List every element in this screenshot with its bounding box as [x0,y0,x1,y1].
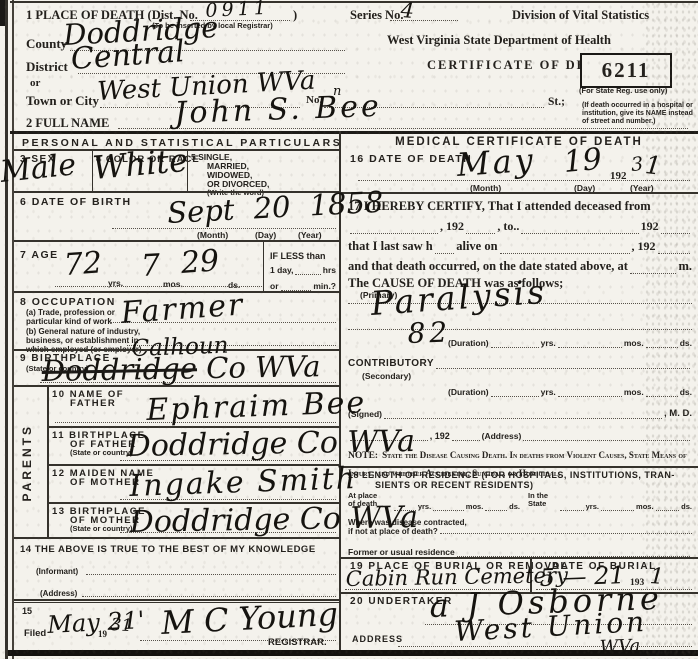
in-the-label-2: State [528,499,546,508]
residence-rule [341,557,698,559]
certify-line1: 17 I HEREBY CERTIFY, That I attended dec… [348,199,651,214]
occ-a-line2: particular kind of work [26,317,112,326]
undertaker-address-label: ADDRESS [352,634,403,644]
certify-year3-label: , 192 [632,239,656,254]
cause-duration-label: (Duration) [448,338,489,348]
filed-number: 15 [22,606,32,616]
cause-code-value: 82 [407,318,452,348]
atplace-mos: mos. [466,502,484,511]
contributory-label: CONTRIBUTORY [348,358,434,369]
certify-year1-blank [466,223,495,234]
dob-leader [112,228,336,229]
scan-edge-line [5,0,8,659]
contrib-ds-label: ds. [680,387,692,397]
alive-on-blank [500,243,630,254]
cert-number-box: 6211 [580,53,672,88]
signed-row: (Signed) , M. D. [348,408,692,419]
certify-year1-label: , 192 [440,219,464,234]
certify-line2: , 192 , to.. 192 [348,219,692,234]
certify-line4: and that death occurred, on the date sta… [348,259,692,274]
contributory-row: CONTRIBUTORY [348,358,692,369]
mother-name-value: Ingake Smith [129,464,358,502]
signed-address-blank [523,430,690,441]
dod-month-value: May [456,144,537,181]
registrar-signature: M C Young [160,598,338,639]
county-label: County [26,36,67,52]
atplace-blank2 [433,500,464,511]
cause-duration-blank2 [558,337,622,348]
secondary-label: (Secondary) [362,371,411,381]
instate-yrs: yrs. [586,502,599,511]
age-days-value: 29 [180,246,220,279]
certify-to-label: , to.. [497,219,519,234]
age-ifless-divider [263,241,264,291]
department-title: West Virginia State Department of Health [387,33,611,48]
age-mos-label: mos. [163,279,183,289]
color-race-value: White [91,144,189,184]
father-name-label2: FATHER [70,398,116,409]
age-leader [55,286,262,287]
dob-month-label: (Month) [197,230,228,240]
division-title: Division of Vital Statistics [512,8,649,23]
scan-edge-line-2 [12,0,14,659]
undertaker-address-value2: WVa [599,638,640,657]
st-label: St.; [548,96,565,108]
birthplace-struck-value: Doddridge [41,351,197,388]
if-less-min-row: or min.? [270,280,336,291]
header-bottom-rule [10,131,698,134]
cause-mos-label: mos. [624,338,644,348]
father-name-value: Ephraim Bee [146,388,367,426]
alive-on-label: alive on [456,239,497,254]
min-label: min.? [313,281,336,291]
signed-address-label: (Address) [482,431,522,441]
instate-blank3 [656,500,680,511]
occupation-label: 8 OCCUPATION [20,296,116,308]
contrib-yrs-label: yrs. [541,387,556,397]
age-months-value: 7 [140,251,161,282]
birthplace-value: Doddridge Co WVa [41,352,320,386]
filed-label: Filed [24,628,46,639]
hrs-leader [295,264,320,275]
hospital-note: (If death occurred in a hospital or inst… [582,102,696,126]
if-less-label: IF LESS than [270,251,326,261]
dod-day-value: 19 [562,145,603,178]
instate-ds: ds. [681,502,692,511]
occurred-label: and that death occurred, on the date sta… [348,259,628,274]
informant-leader [86,574,336,575]
form-top-rule [10,1,698,3]
or-label: or [30,77,40,89]
occ-a-line1: (a) Trade, profession or [26,308,115,317]
parents-label: PARENTS [20,424,34,501]
contrib-duration-blank2 [558,386,622,397]
occ-a-value: Farmer [120,290,245,329]
occ-b-line2: business, or establishment in [26,336,138,345]
hrs-label: hrs [323,265,336,275]
dob-label: 6 DATE OF BIRTH [20,196,132,208]
contracted-leader [440,533,692,534]
death-certificate-scan: 1 PLACE OF DEATH (Dist. No. 0911 ) (To b… [0,0,698,659]
fullname-label: 2 FULL NAME [26,116,109,131]
certify-from-blank [350,223,438,234]
cert-number: 6211 [602,58,651,82]
residence-label-2: SIENTS OR RECENT RESIDENTS) [375,480,534,490]
dod-leader [358,180,690,181]
former-residence-row: Former or usual residence [348,546,692,557]
cause-ds-label: ds. [680,338,692,348]
certify-year3-blank [658,243,690,254]
signed-blank [384,408,662,419]
certify-year2-blank [661,223,690,234]
certify-year2-label: 192 [641,219,659,234]
cause-duration-row: (Duration) yrs. mos. ds. [448,337,692,348]
residence-label-1: 18 LENGTH OF RESIDENCE (FOR HOSPITALS, I… [348,470,675,480]
informant-label: (Informant) [36,567,78,576]
dod-year-overwrite: 3 [630,155,644,175]
cause-value: Paralysis [370,275,548,320]
cause-duration-blank1 [491,337,539,348]
fullname-value: John S. Bee [174,92,382,129]
instate-blank1 [560,500,584,511]
atplace-ds: ds. [509,502,520,511]
dod-year-digit: 1 [644,152,662,179]
signed-year-label: , 192 [430,431,450,441]
contributory-blank [436,358,690,369]
atplace-blank3 [485,500,507,511]
contributory-duration-row: (Duration) yrs. mos. ds. [448,386,692,397]
informant-address-label: (Address) [40,589,77,598]
undertaker-address-leader [398,646,692,647]
district-label: District [26,59,68,75]
parents-gutter-divider [47,385,49,537]
sex-value: Male [0,150,78,188]
cause-duration-blank3 [646,337,678,348]
former-residence-label: Former or usual residence [348,547,455,557]
age-years-value: 72 [63,248,103,281]
district-value: Central [70,37,186,75]
contrib-duration-blank3 [646,386,678,397]
registrar-label: REGISTRAR. [268,637,327,648]
father-bp-value: Doddridge Co WVa [126,427,415,462]
age-label: 7 AGE [20,249,59,261]
signed-year-blank [452,430,480,441]
place-close-paren: ) [293,8,297,23]
mother-bp-value: Doddridge Co WVa [129,503,418,538]
m-label: m. [678,259,692,274]
contributory-duration-label: (Duration) [448,387,489,397]
town-label: Town or City [26,93,99,109]
dob-row-rule [14,240,339,242]
contrib-duration-blank1 [491,386,539,397]
father-bp-sublabel: (State or country) [70,448,133,457]
in-state-duration-row: yrs. mos. ds. [558,500,692,511]
dod-row-rule [341,192,698,194]
one-day-label: 1 day, [270,265,293,275]
attest-label: 14 THE ABOVE IS TRUE TO THE BEST OF MY K… [20,544,316,555]
form-bottom-rule [8,650,698,656]
former-residence-blank [457,546,690,557]
instate-blank2 [601,500,634,511]
md-label: , M. D. [664,408,692,419]
min-leader [281,280,312,291]
last-saw-label: that I last saw h [348,239,433,254]
or-label: or [270,281,279,291]
certify-to-blank [521,223,638,234]
instate-mos: mos. [636,502,654,511]
occurred-blank [630,263,676,274]
filed-year-value: 31 [110,617,133,635]
cause-leader-2 [348,329,692,330]
atplace-yrs: yrs. [418,502,431,511]
last-saw-blank1 [435,243,454,254]
if-less-hrs-row: 1 day, hrs [270,264,336,275]
series-value: 4 [400,0,415,22]
dod-label: 16 DATE OF DEATH [350,153,472,165]
dob-year-label: (Year) [298,230,322,240]
note-rule [341,466,698,468]
dob-day-label: (Day) [255,230,276,240]
contrib-mos-label: mos. [624,387,644,397]
cause-yrs-label: yrs. [541,338,556,348]
certify-line3: that I last saw h alive on , 192 [348,239,692,254]
birthplace-rest-value: Co WVa [197,349,321,385]
